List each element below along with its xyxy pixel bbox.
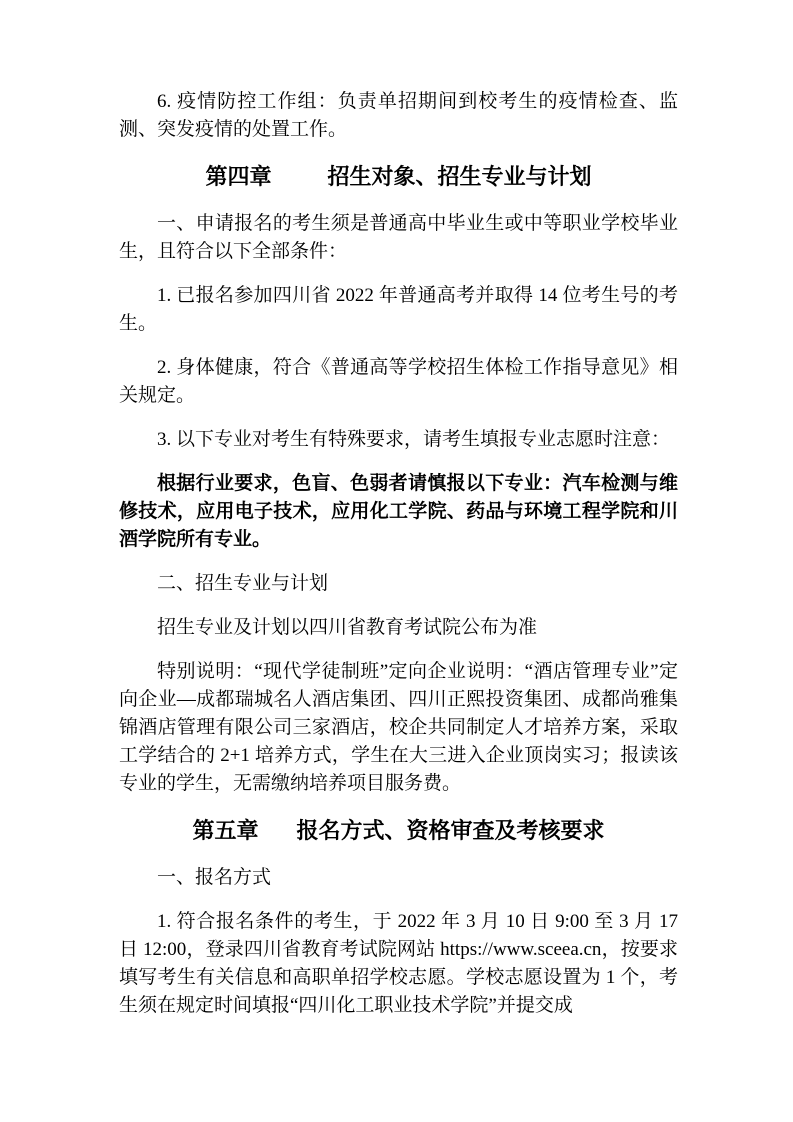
document-page: 6. 疫情防控工作组：负责单招期间到校考生的疫情检查、监测、突发疫情的处置工作。…	[0, 0, 793, 1122]
chapter-4-title: 招生对象、招生专业与计划	[328, 164, 592, 189]
chapter-5-title: 报名方式、资格审查及考核要求	[297, 818, 605, 843]
paragraph-pandemic-control-group: 6. 疫情防控工作组：负责单招期间到校考生的疫情检查、监测、突发疫情的处置工作。	[119, 88, 678, 144]
chapter-4-heading: 第四章招生对象、招生专业与计划	[119, 160, 678, 194]
paragraph-color-blindness-warning: 根据行业要求，色盲、色弱者请慎报以下专业：汽车检测与维修技术，应用电子技术，应用…	[119, 470, 678, 554]
paragraph-special-note-apprenticeship: 特别说明：“现代学徒制班”定向企业说明：“酒店管理专业”定向企业—成都瑞城名人酒…	[119, 658, 678, 798]
chapter-4-number: 第四章	[205, 164, 271, 189]
paragraph-applicant-eligibility: 一、申请报名的考生须是普通高中毕业生或中等职业学校毕业生，且符合以下全部条件：	[119, 210, 678, 266]
paragraph-condition-3-special-requirements: 3. 以下专业对考生有特殊要求，请考生填报专业志愿时注意：	[119, 426, 678, 454]
chapter-heading-gap	[272, 183, 328, 184]
paragraph-section-1-registration-method: 一、报名方式	[119, 864, 678, 892]
chapter-heading-gap	[259, 837, 297, 838]
chapter-5-number: 第五章	[192, 818, 258, 843]
paragraph-plan-published-by-exam-authority: 招生专业及计划以四川省教育考试院公布为准	[119, 614, 678, 642]
paragraph-section-2-majors-and-plan: 二、招生专业与计划	[119, 570, 678, 598]
chapter-5-heading: 第五章报名方式、资格审查及考核要求	[119, 814, 678, 848]
paragraph-registration-instructions: 1. 符合报名条件的考生，于 2022 年 3 月 10 日 9:00 至 3 …	[119, 908, 678, 1020]
website-url: https://www.sceea.cn	[440, 939, 601, 960]
paragraph-condition-2-health: 2. 身体健康，符合《普通高等学校招生体检工作指导意见》相关规定。	[119, 354, 678, 410]
paragraph-condition-1-registered-gaokao: 1. 已报名参加四川省 2022 年普通高考并取得 14 位考生号的考生。	[119, 282, 678, 338]
